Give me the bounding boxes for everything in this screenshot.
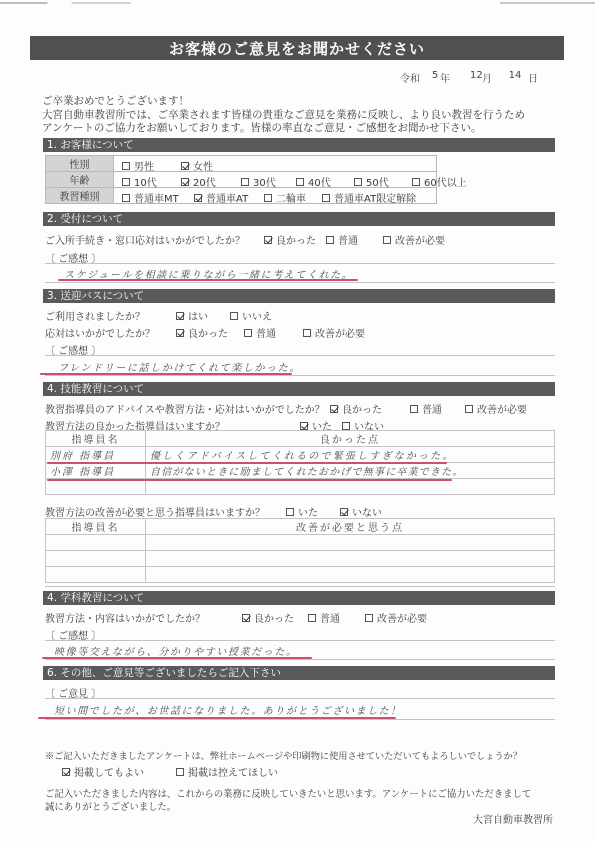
divider bbox=[45, 719, 555, 720]
checkbox-checked[interactable] bbox=[242, 614, 250, 622]
improve-instructor-no-option[interactable]: いない bbox=[340, 504, 382, 519]
improve-instructor-yes-option[interactable]: いた bbox=[286, 504, 318, 519]
section-classroom-header: 4. 学科教習について bbox=[43, 591, 555, 605]
gender-row: 性別 男性 女性 bbox=[46, 156, 437, 172]
classroom-normal-option[interactable]: 普通 bbox=[308, 610, 340, 625]
checkbox[interactable] bbox=[122, 194, 130, 202]
reception-question: ご入所手続き・窓口応対はいかがでしたか？ bbox=[45, 232, 245, 247]
course-type-row: 教習種別 普通車MT 普通車AT 二輪車 普通車AT限定解除 bbox=[46, 188, 437, 204]
date-month[interactable]: 12 bbox=[470, 70, 482, 85]
checkbox[interactable] bbox=[342, 422, 350, 430]
bus-service-good-option[interactable]: 良かった bbox=[176, 325, 228, 340]
divider bbox=[45, 698, 555, 699]
checkbox-checked[interactable] bbox=[300, 422, 308, 430]
table-header-row: 指導員名 改善が必要と思う点 bbox=[46, 519, 555, 535]
table-row: 別府 指導員 優しくアドバイスしてくれるので緊張しすぎなかった。 bbox=[46, 447, 555, 463]
consent-allow-option[interactable]: 掲載してもよい bbox=[62, 764, 144, 779]
instructor-name: 別府 指導員 bbox=[50, 451, 115, 462]
age-row: 年齢 10代 20代 30代 40代 50代 60代以上 bbox=[46, 172, 437, 188]
divider bbox=[45, 586, 555, 587]
checkbox[interactable] bbox=[308, 614, 316, 622]
practical-improve-option[interactable]: 改善が必要 bbox=[465, 401, 527, 416]
bus-service-improve-option[interactable]: 改善が必要 bbox=[303, 325, 365, 340]
table-row bbox=[46, 535, 555, 551]
form-title: お客様のご意見をお聞かせください bbox=[30, 36, 564, 60]
instructor-name: 小澤 指導員 bbox=[50, 467, 115, 478]
consent-decline-option[interactable]: 掲載は控えてほしい bbox=[176, 764, 278, 779]
divider bbox=[45, 659, 555, 660]
improve-instructor-table: 指導員名 改善が必要と思う点 bbox=[45, 518, 555, 583]
intro-line: ご卒業おめでとうございます！ bbox=[42, 95, 525, 109]
col-instructor-name: 指導員名 bbox=[46, 431, 146, 447]
intro-line: 大宮自動車教習所では、ご卒業されます皆様の貴重なご意見を業務に反映し、より良い教… bbox=[42, 109, 525, 123]
checkbox[interactable] bbox=[303, 329, 311, 337]
date-day[interactable]: 14 bbox=[508, 70, 522, 85]
bus-service-question: 応対はいかがでしたか？ bbox=[45, 325, 155, 340]
section-practical-header: 4. 技能教習について bbox=[43, 382, 555, 396]
checkbox-checked[interactable] bbox=[62, 768, 70, 776]
course-mt-option[interactable]: 普通車MT bbox=[122, 190, 179, 205]
checkbox[interactable] bbox=[286, 508, 294, 516]
date-day-unit: 日 bbox=[522, 70, 538, 85]
checkbox[interactable] bbox=[465, 405, 473, 413]
thanks-line-1: ご記入いただきました内容は、これからの業務に反映していきたいと思います。アンケー… bbox=[45, 786, 531, 800]
course-at-option[interactable]: 普通車AT bbox=[194, 190, 248, 205]
classroom-good-option[interactable]: 良かった bbox=[242, 610, 294, 625]
bus-used-yes-option[interactable]: はい bbox=[176, 308, 208, 323]
checkbox[interactable] bbox=[410, 405, 418, 413]
gender-label: 性別 bbox=[46, 156, 114, 172]
table-row bbox=[46, 567, 555, 583]
bus-used-question: ご利用されましたか？ bbox=[45, 308, 145, 323]
practical-instructor-question: 教習指導員のアドバイスや教習方法・応対はいかがでしたか？ bbox=[45, 401, 325, 416]
bus-comment[interactable]: フレンドリーに話しかけてくれて楽しかった。 bbox=[58, 359, 301, 374]
scan-edge bbox=[0, 2, 595, 4]
checkbox[interactable] bbox=[412, 178, 420, 186]
checkbox-checked[interactable] bbox=[264, 236, 272, 244]
customer-info-table: 性別 男性 女性 年齢 10代 20代 30代 40代 50代 60代以上 教習… bbox=[45, 155, 437, 204]
checkbox-checked[interactable] bbox=[181, 178, 189, 186]
col-good-points: 良かった点 bbox=[146, 431, 555, 447]
checkbox[interactable] bbox=[365, 614, 373, 622]
survey-form-page: お客様のご意見をお聞かせください 令和 5 年 12 月 14 日 ご卒業おめで… bbox=[0, 0, 595, 841]
good-point: 自信がないときに励ましてくれたおかげで無事に卒業できた。 bbox=[150, 467, 464, 478]
checkbox-checked[interactable] bbox=[176, 312, 184, 320]
table-header-row: 指導員名 良かった点 bbox=[46, 431, 555, 447]
course-motorcycle-option[interactable]: 二輪車 bbox=[264, 190, 306, 205]
checkbox[interactable] bbox=[122, 162, 130, 170]
school-name: 大宮自動車教習所 bbox=[473, 811, 553, 826]
section-reception-header: 2. 受付について bbox=[43, 212, 555, 226]
age-label: 年齢 bbox=[46, 172, 114, 188]
checkbox-checked[interactable] bbox=[194, 194, 202, 202]
other-comment[interactable]: 短い間でしたが、お世話になりました。ありがとうございました！ bbox=[54, 702, 402, 717]
col-improve-points: 改善が必要と思う点 bbox=[146, 519, 555, 535]
divider bbox=[45, 355, 555, 356]
checkbox[interactable] bbox=[122, 178, 130, 186]
intro-line: アンケートのご協力をお願いしております。皆様の率直なご意見・ご感想をお聞かせ下さ… bbox=[42, 122, 525, 136]
divider bbox=[45, 375, 555, 376]
checkbox[interactable] bbox=[244, 329, 252, 337]
classroom-improve-option[interactable]: 改善が必要 bbox=[365, 610, 427, 625]
divider bbox=[45, 263, 555, 264]
table-row bbox=[46, 551, 555, 567]
date-year-unit: 年 bbox=[440, 70, 470, 85]
handwriting-underline bbox=[47, 462, 447, 464]
form-date: 令和 5 年 12 月 14 日 bbox=[400, 70, 538, 85]
checkbox-checked[interactable] bbox=[330, 405, 338, 413]
table-row: 小澤 指導員 自信がないときに励ましてくれたおかげで無事に卒業できた。 bbox=[46, 463, 555, 479]
checkbox[interactable] bbox=[354, 178, 362, 186]
reception-improve-option[interactable]: 改善が必要 bbox=[383, 232, 445, 247]
col-instructor-name: 指導員名 bbox=[46, 519, 146, 535]
course-at-limit-removal-option[interactable]: 普通車AT限定解除 bbox=[322, 190, 416, 205]
divider bbox=[45, 640, 555, 641]
section-customer-header: 1. お客様について bbox=[43, 138, 555, 152]
checkbox[interactable] bbox=[326, 236, 334, 244]
section-other-header: 6. その他、ご意見等ございましたらご記入下さい bbox=[43, 666, 555, 680]
section-bus-header: 3. 送迎バスについて bbox=[43, 289, 555, 303]
checkbox-checked[interactable] bbox=[181, 162, 189, 170]
checkbox[interactable] bbox=[176, 768, 184, 776]
date-month-unit: 月 bbox=[482, 70, 508, 85]
classroom-question: 教習方法・内容はいかがでしたか？ bbox=[45, 610, 205, 625]
practical-normal-option[interactable]: 普通 bbox=[410, 401, 442, 416]
checkbox[interactable] bbox=[241, 178, 249, 186]
intro-text: ご卒業おめでとうございます！ 大宮自動車教習所では、ご卒業されます皆様の貴重なご… bbox=[42, 95, 525, 136]
checkbox[interactable] bbox=[383, 236, 391, 244]
handwriting-underline bbox=[47, 479, 452, 481]
checkbox[interactable] bbox=[230, 312, 238, 320]
bus-service-normal-option[interactable]: 普通 bbox=[244, 325, 276, 340]
checkbox[interactable] bbox=[296, 178, 304, 186]
checkbox-checked[interactable] bbox=[340, 508, 348, 516]
divider bbox=[45, 282, 555, 283]
checkbox-checked[interactable] bbox=[176, 329, 184, 337]
checkbox[interactable] bbox=[264, 194, 272, 202]
thanks-line-2: 誠にありがとうございました。 bbox=[45, 799, 176, 813]
improve-instructor-question: 教習方法の改善が必要と思う指導員はいますか？ bbox=[45, 504, 265, 519]
classroom-comment[interactable]: 映像等交えながら、分かりやすい授業だった。 bbox=[54, 643, 298, 658]
bus-used-no-option[interactable]: いいえ bbox=[230, 308, 272, 323]
handwriting-underline bbox=[58, 279, 358, 281]
practical-good-option[interactable]: 良かった bbox=[330, 401, 382, 416]
course-type-label: 教習種別 bbox=[46, 188, 114, 204]
date-era: 令和 bbox=[400, 70, 430, 85]
reception-normal-option[interactable]: 普通 bbox=[326, 232, 358, 247]
good-point: 優しくアドバイスしてくれるので緊張しすぎなかった。 bbox=[150, 451, 455, 462]
date-year[interactable]: 5 bbox=[430, 70, 440, 85]
consent-question: ※ご記入いただきましたアンケートは、弊社ホームページや印刷物に使用させていただい… bbox=[45, 748, 522, 762]
reception-good-option[interactable]: 良かった bbox=[264, 232, 316, 247]
checkbox[interactable] bbox=[322, 194, 330, 202]
